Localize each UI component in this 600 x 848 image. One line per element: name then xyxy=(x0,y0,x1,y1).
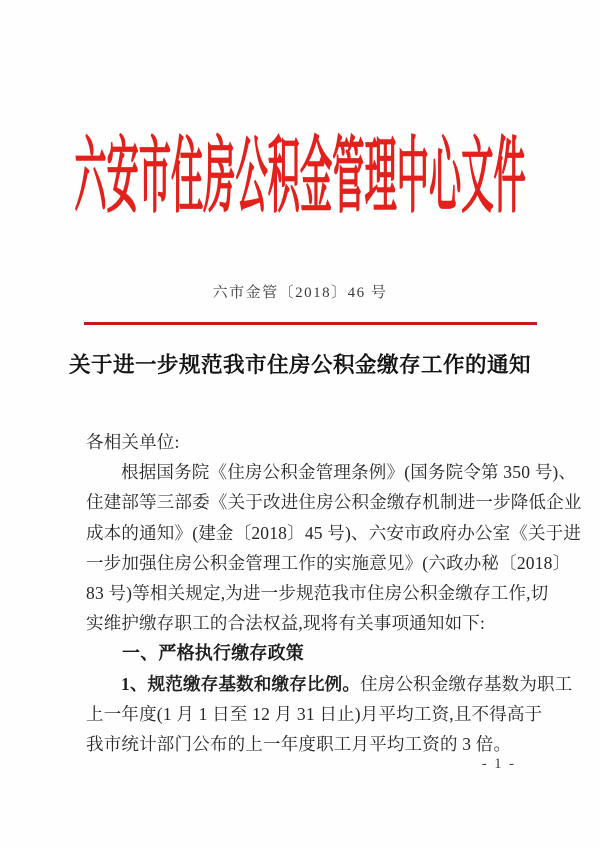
salutation: 各相关单位: xyxy=(86,427,542,457)
notice-title: 关于进一步规范我市住房公积金缴存工作的通知 xyxy=(0,348,600,379)
agency-banner-title: 六安市住房公积金管理中心文件 xyxy=(0,110,600,226)
document-number: 六市金管〔2018〕46 号 xyxy=(0,281,600,302)
paragraph-line: 83 号)等相关规定,为进一步规范我市住房公积金缴存工作,切 xyxy=(86,578,542,608)
paragraph-line: 实维护缴存职工的合法权益,现将有关事项通知如下: xyxy=(86,608,542,638)
document-body: 各相关单位: 根据国务院《住房公积金管理条例》(国务院令第 350 号)、 住建… xyxy=(86,427,542,759)
item-lead-bold: 1、规范缴存基数和缴存比例。 xyxy=(121,674,360,694)
item-line: 上一年度(1 月 1 日至 12 月 31 日止)月平均工资,且不得高于 xyxy=(86,699,542,729)
item-line: 1、规范缴存基数和缴存比例。住房公积金缴存基数为职工 xyxy=(86,669,542,699)
page-number: - 1 - xyxy=(482,756,516,773)
paragraph-line: 根据国务院《住房公积金管理条例》(国务院令第 350 号)、 xyxy=(86,457,542,487)
agency-banner-text: 六安市住房公积金管理中心文件 xyxy=(74,108,525,229)
paragraph-line: 一步加强住房公积金管理工作的实施意见》(六政办秘〔2018〕 xyxy=(86,548,542,578)
item-line: 我市统计部门公布的上一年度职工月平均工资的 3 倍。 xyxy=(86,729,542,759)
paragraph-line: 住建部等三部委《关于改进住房公积金缴存机制进一步降低企业 xyxy=(86,487,542,517)
item-line-text: 住房公积金缴存基数为职工 xyxy=(360,674,572,694)
red-divider-rule xyxy=(84,322,537,325)
section-heading: 一、严格执行缴存政策 xyxy=(86,638,542,668)
document-page: 六安市住房公积金管理中心文件 六市金管〔2018〕46 号 关于进一步规范我市住… xyxy=(0,0,600,848)
paragraph-line: 成本的通知》(建金〔2018〕45 号)、六安市政府办公室《关于进 xyxy=(86,518,542,548)
